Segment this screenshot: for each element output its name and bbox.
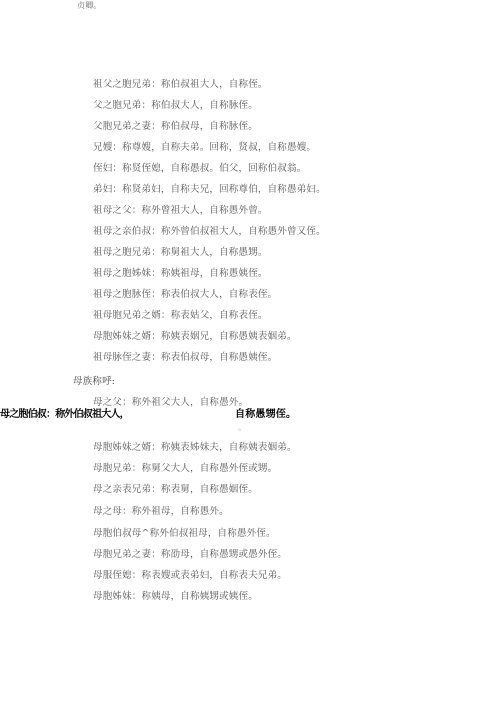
text-line: 祖母之父：称外曾祖大人，自称愚外曾。 bbox=[93, 205, 268, 217]
text-line: 弟妇：称贤弟妇，自称夫兄，回称尊伯，自称愚弟妇。 bbox=[93, 184, 326, 196]
text-line: 母胞姊妹之婿：称姨表姊妹夫，自称姨表姻弟。 bbox=[93, 442, 297, 454]
text-line: 母胞兄弟：称舅父大人，自称愚外侄或甥。 bbox=[93, 463, 277, 475]
text-line: 祖母之胞兄弟：称舅祖大人，自称愚甥。 bbox=[93, 247, 268, 259]
text-line: 祖母之胞脉侄：称表伯叔大人，自称表侄。 bbox=[93, 289, 277, 301]
text-fragment-top: 贞卿。 bbox=[77, 0, 102, 12]
text-line: 兄嫂：称尊嫂，自称夫弟。回称，贤叔，自称愚嫂。 bbox=[93, 142, 316, 154]
text-line: 母胞兄弟之妻：称劭母，自称愚甥或愚外侄。 bbox=[93, 549, 287, 561]
text-line: 祖父之胞兄弟：称伯叔祖大人，自称侄。 bbox=[93, 79, 268, 91]
text-line: 父之胞兄弟：称伯叔大人，自称脉侄。 bbox=[93, 100, 258, 112]
text-line: 母服侄媳：称表嫂或表弟妇，自称表夫兄弟。 bbox=[93, 570, 287, 582]
overlapping-text-left: 母之胞伯叔：称外伯叔祖大人， bbox=[0, 409, 129, 421]
text-line: 母之亲表兄弟：称表舅，自称愚姻侄。 bbox=[93, 484, 258, 496]
text-line: 祖母胞兄弟之婿：称表姑父，自称表侄。 bbox=[93, 310, 268, 322]
text-line: 祖母之亲伯叔：称外曾伯叔祖大人，自称愚外曾又侄。 bbox=[93, 226, 326, 238]
text-line: 母之母：称外祖母，自称愚外。 bbox=[93, 506, 229, 518]
text-line: 父胞兄弟之妻：称伯叔母，自称脉侄。 bbox=[93, 121, 258, 133]
overlapping-text-right: 自称愚甥侄。 bbox=[235, 409, 296, 421]
text-line: 母胞姊妹之婿：称姨表姻兄，自称愚姨表姻弟。 bbox=[93, 331, 297, 343]
section-heading-maternal: 母族称呼: bbox=[73, 376, 115, 388]
text-line: 侄妇：称贤侄媳，自称愚叔。伯父，回称伯叔翁。 bbox=[93, 163, 306, 175]
text-line: 祖母脉侄之妻：称表伯叔母，自称愚姨侄。 bbox=[93, 352, 277, 364]
text-line: 母胞伯叔母^称外伯叔祖母，自称愚外侄。 bbox=[93, 528, 276, 540]
text-line: 母之父：称外祖父大人，自称愚外。 bbox=[93, 397, 248, 409]
text-line: 母胞姊妹：称姨母，自称姨甥或姨侄。 bbox=[93, 591, 258, 603]
text-line: 祖母之胞姊妹：称姨祖母，自称愚姨侄。 bbox=[93, 268, 268, 280]
stray-punctuation: 。 bbox=[238, 422, 246, 434]
